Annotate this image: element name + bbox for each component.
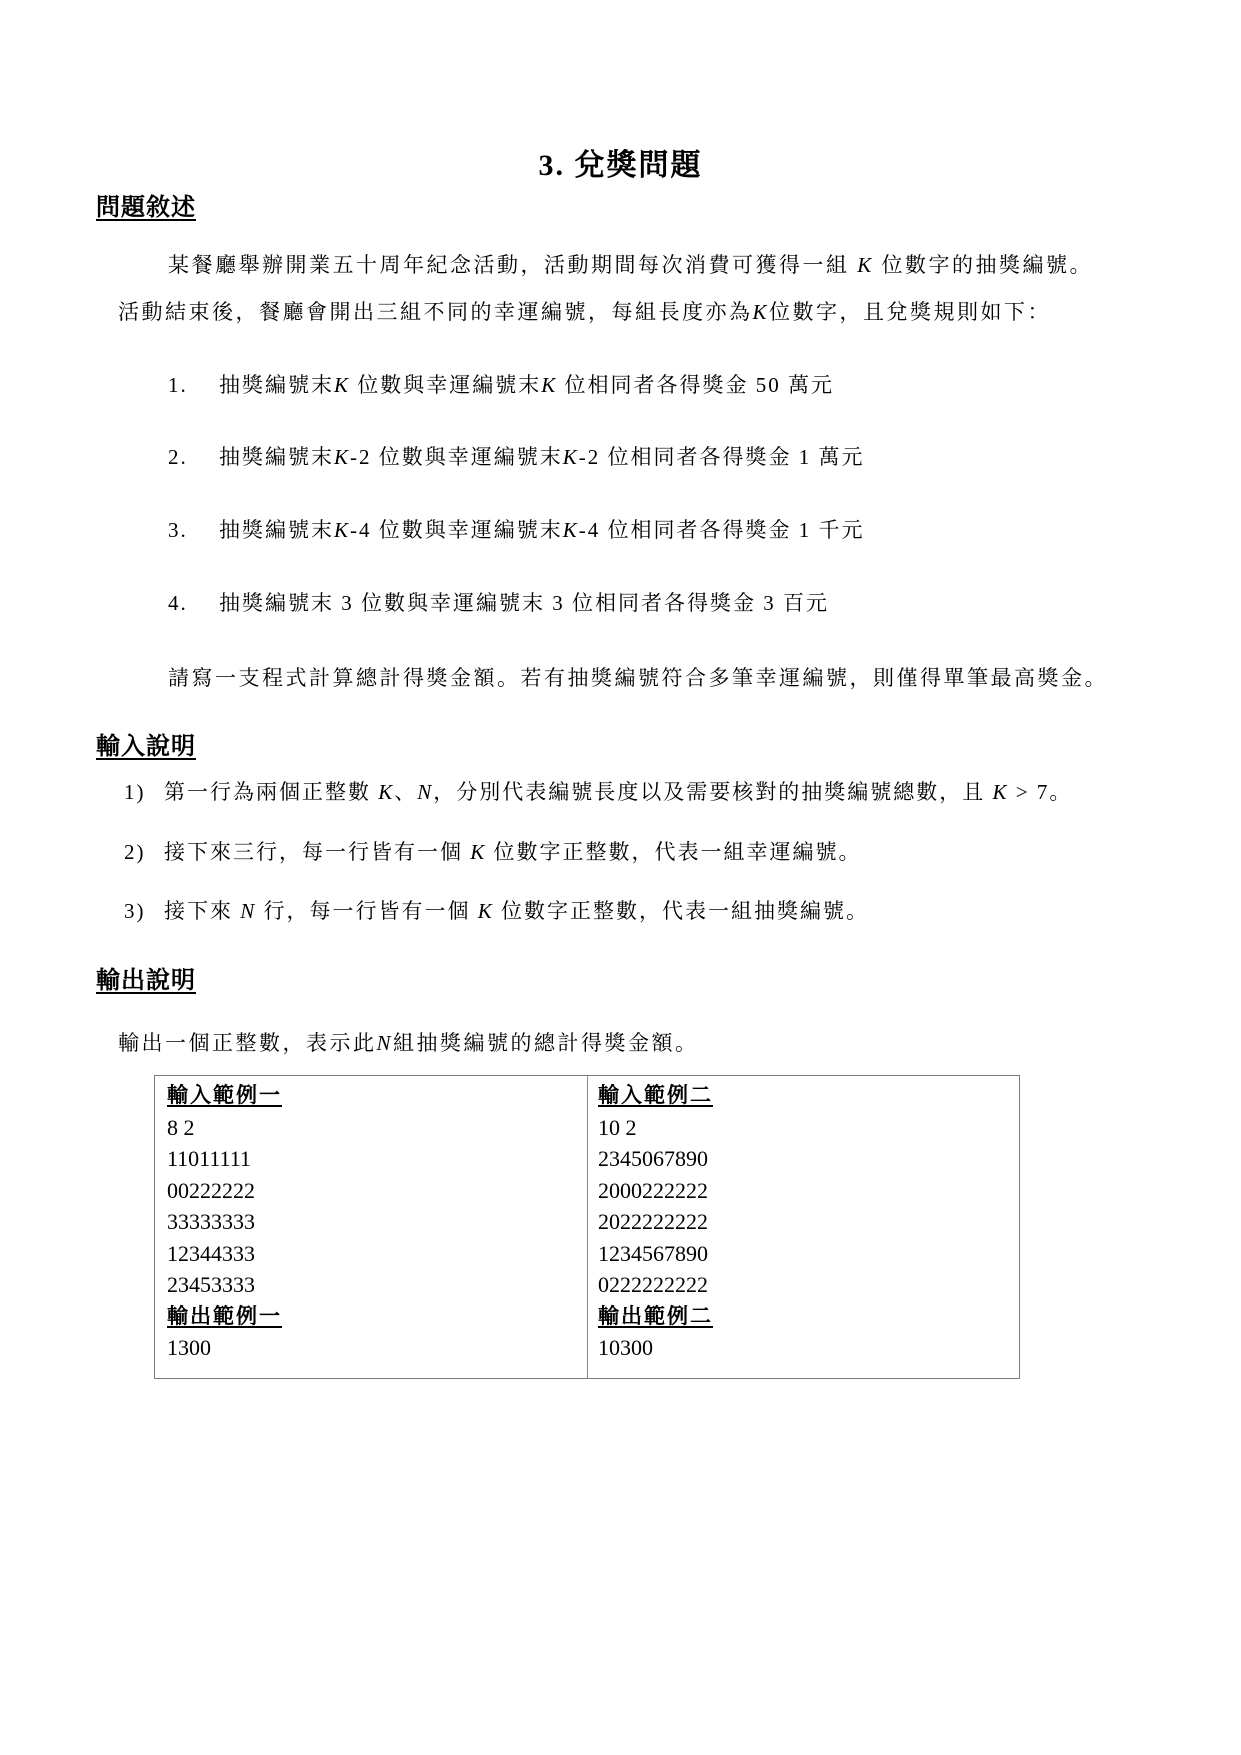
variable-k: K xyxy=(857,253,874,277)
text: 接下來三行，每一行皆有一個 xyxy=(164,840,463,864)
page-title: 3. 兌獎問題 xyxy=(0,140,1241,184)
sample-2-input-line: 2000222222 xyxy=(598,1175,1019,1207)
text: 位相同者各得獎金 50 萬元 xyxy=(565,373,835,397)
variable-k: K xyxy=(753,300,770,324)
sample-2-column: 輸入範例二 10 2 2345067890 2000222222 2022222… xyxy=(588,1076,1019,1378)
sample-2-input-line: 2345067890 xyxy=(598,1143,1019,1175)
variable-n: N xyxy=(417,780,433,804)
variable-k: K xyxy=(478,899,494,923)
sample-2-input-heading: 輸入範例二 xyxy=(598,1080,1019,1112)
sample-2-input-line: 2022222222 xyxy=(598,1206,1019,1238)
text: -2 位數與幸運編號末 xyxy=(350,445,563,469)
sample-1-input-line: 00222222 xyxy=(167,1175,587,1207)
sample-1-input-line: 8 2 xyxy=(167,1112,587,1144)
sample-1-output-heading: 輸出範例一 xyxy=(167,1301,587,1333)
input-item: 2)接下來三行，每一行皆有一個 K 位數字正整數，代表一組幸運編號。 xyxy=(124,836,862,866)
text: 行，每一行皆有一個 xyxy=(264,899,471,923)
sample-1-input-line: 23453333 xyxy=(167,1269,587,1301)
variable-k: K xyxy=(334,518,350,542)
text: -2 位相同者各得獎金 1 萬元 xyxy=(579,445,865,469)
text: 抽獎編號末 xyxy=(219,518,334,542)
section-heading-output: 輸出說明 xyxy=(96,960,196,995)
text: -4 位相同者各得獎金 1 千元 xyxy=(579,518,865,542)
text: 位數字正整數，代表一組抽獎編號。 xyxy=(501,899,869,923)
text: 接下來 xyxy=(164,899,233,923)
text: 位數字，且兌獎規則如下： xyxy=(769,300,1051,324)
rule-number: 2. xyxy=(168,445,219,470)
variable-k: K xyxy=(334,445,350,469)
sample-1-input-line: 12344333 xyxy=(167,1238,587,1270)
text: 抽獎編號末 xyxy=(219,445,334,469)
text: 第一行為兩個正整數 xyxy=(164,780,371,804)
text: 位數與幸運編號末 xyxy=(357,373,541,397)
text: 、 xyxy=(394,780,417,804)
text: 位數字的抽獎編號。 xyxy=(874,253,1093,277)
sample-1-input-line: 11011111 xyxy=(167,1143,587,1175)
rule-item: 1.抽獎編號末K 位數與幸運編號末K 位相同者各得獎金 50 萬元 xyxy=(168,369,834,399)
variable-k: K xyxy=(993,780,1009,804)
description-paragraph-2: 請寫一支程式計算總計得獎金額。若有抽獎編號符合多筆幸運編號，則僅得單筆最高獎金。 xyxy=(168,662,1108,692)
description-paragraph-line-2: 活動結束後，餐廳會開出三組不同的幸運編號，每組長度亦為K位數字，且兌獎規則如下： xyxy=(118,296,1051,326)
text: ，分別代表編號長度以及需要核對的抽獎編號總數，且 xyxy=(433,780,985,804)
rule-number: 3. xyxy=(168,518,219,543)
variable-k: K xyxy=(563,445,579,469)
text: > 7。 xyxy=(1009,780,1073,804)
output-description: 輸出一個正整數，表示此N組抽獎編號的總計得獎金額。 xyxy=(118,1027,699,1057)
sample-2-input-line: 0222222222 xyxy=(598,1269,1019,1301)
sample-1-input-heading: 輸入範例一 xyxy=(167,1080,587,1112)
variable-k: K xyxy=(563,518,579,542)
item-number: 3) xyxy=(124,899,164,924)
sample-1-input-line: 33333333 xyxy=(167,1206,587,1238)
text: 活動結束後，餐廳會開出三組不同的幸運編號，每組長度亦為 xyxy=(118,300,753,324)
rule-item: 4.抽獎編號末 3 位數與幸運編號末 3 位相同者各得獎金 3 百元 xyxy=(168,587,829,617)
section-heading-description: 問題敘述 xyxy=(96,187,196,222)
rule-item: 3.抽獎編號末K-4 位數與幸運編號末K-4 位相同者各得獎金 1 千元 xyxy=(168,514,865,544)
text: 組抽獎編號的總計得獎金額。 xyxy=(393,1031,699,1055)
description-paragraph-line-1: 某餐廳舉辦開業五十周年紀念活動，活動期間每次消費可獲得一組 K 位數字的抽獎編號… xyxy=(168,249,1093,279)
text: 抽獎編號末 xyxy=(219,373,334,397)
variable-k: K xyxy=(470,840,486,864)
variable-k: K xyxy=(334,373,350,397)
sample-io-table: 輸入範例一 8 2 11011111 00222222 33333333 123… xyxy=(154,1075,1020,1379)
rule-item: 2.抽獎編號末K-2 位數與幸運編號末K-2 位相同者各得獎金 1 萬元 xyxy=(168,441,865,471)
item-number: 1) xyxy=(124,780,164,805)
sample-1-column: 輸入範例一 8 2 11011111 00222222 33333333 123… xyxy=(155,1076,588,1378)
item-number: 2) xyxy=(124,840,164,865)
sample-2-input-line: 10 2 xyxy=(598,1112,1019,1144)
variable-k: K xyxy=(378,780,394,804)
text: 抽獎編號末 3 位數與幸運編號末 3 位相同者各得獎金 3 百元 xyxy=(219,591,829,615)
sample-2-output-heading: 輸出範例二 xyxy=(598,1301,1019,1333)
rule-number: 4. xyxy=(168,591,219,616)
text: 輸出一個正整數，表示此 xyxy=(118,1031,377,1055)
variable-n: N xyxy=(377,1031,394,1055)
input-item: 1)第一行為兩個正整數 K、N，分別代表編號長度以及需要核對的抽獎編號總數，且 … xyxy=(124,776,1072,806)
rule-number: 1. xyxy=(168,373,219,398)
sample-2-input-line: 1234567890 xyxy=(598,1238,1019,1270)
variable-n: N xyxy=(240,899,256,923)
sample-1-output-value: 1300 xyxy=(167,1332,587,1364)
input-item: 3)接下來 N 行，每一行皆有一個 K 位數字正整數，代表一組抽獎編號。 xyxy=(124,895,869,925)
sample-2-output-value: 10300 xyxy=(598,1332,1019,1364)
text: 位數字正整數，代表一組幸運編號。 xyxy=(494,840,862,864)
text: -4 位數與幸運編號末 xyxy=(350,518,563,542)
text: 某餐廳舉辦開業五十周年紀念活動，活動期間每次消費可獲得一組 xyxy=(168,253,857,277)
variable-k: K xyxy=(541,373,557,397)
section-heading-input: 輸入說明 xyxy=(96,726,196,761)
